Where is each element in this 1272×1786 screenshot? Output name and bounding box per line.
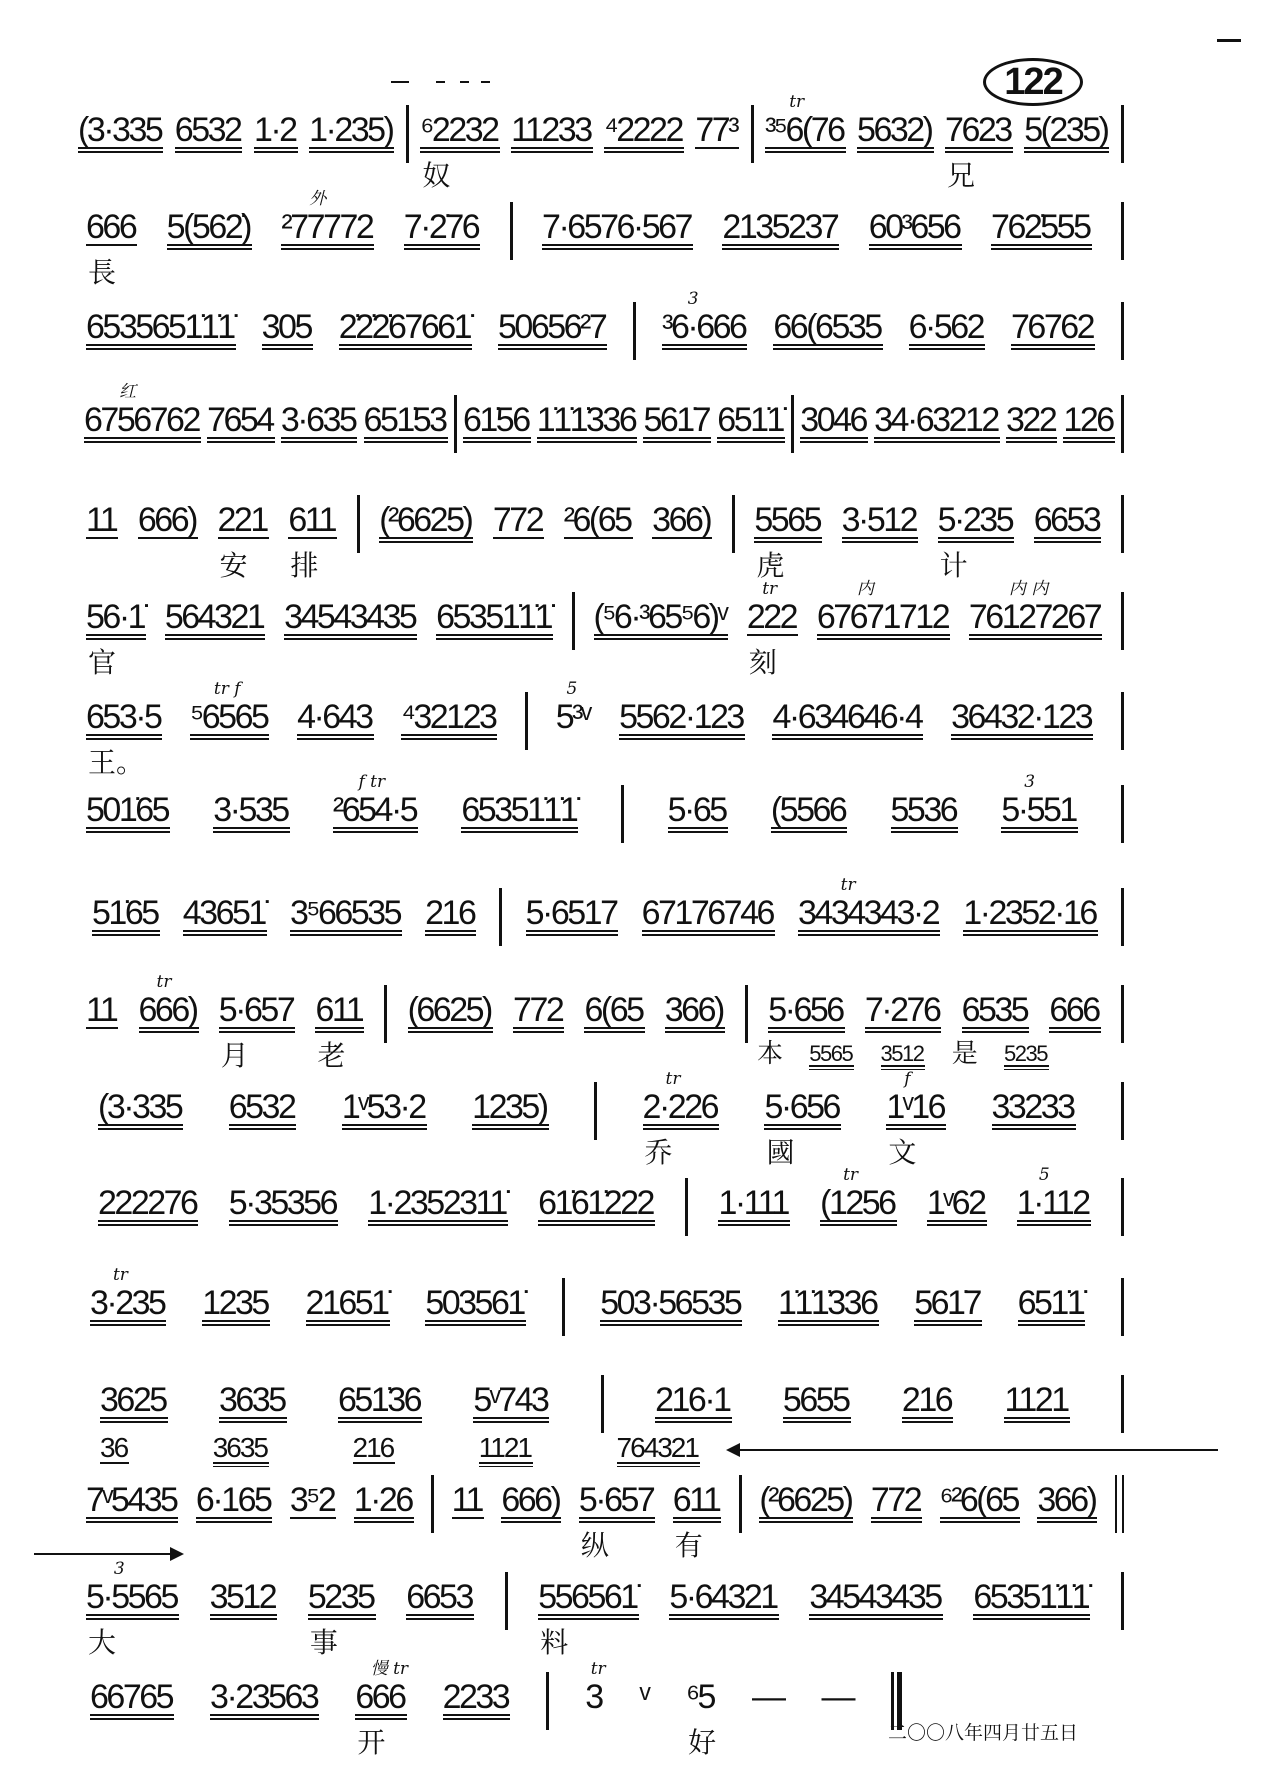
- lyric-char: 计: [940, 551, 968, 581]
- notes-text: 3625: [100, 1383, 168, 1419]
- score-line: 653·5王。⁵6565tr f4·643⁴321235³ᵛ55562·1234…: [86, 692, 1124, 750]
- note-group: 5·35356: [229, 1186, 338, 1222]
- annotation-mark: tr: [762, 580, 777, 598]
- note-group: 7·6576·567: [542, 210, 693, 246]
- barline: [1121, 1178, 1124, 1236]
- notes-text: 666): [138, 503, 198, 539]
- note-group: 305: [262, 310, 313, 346]
- note-group: 666: [1049, 993, 1100, 1029]
- score-line: 36253635651̇365ᵛ743216·156552161121: [100, 1375, 1124, 1433]
- notes-text: 5³ᵛ: [556, 700, 592, 734]
- notes-text: 1·2352311̇: [368, 1186, 508, 1222]
- note-group: 653·5王。: [86, 700, 162, 736]
- notes-text: 5(562̇): [167, 210, 252, 246]
- notes-text: 6532: [229, 1090, 297, 1126]
- notes-text: 11233: [511, 113, 593, 149]
- page-number: 122: [983, 58, 1083, 106]
- notes-text: 1235: [202, 1286, 270, 1322]
- note-group: 3⁵66535: [290, 896, 402, 932]
- note-group: 216·1: [655, 1383, 731, 1419]
- notes-text: 7·6576·567: [542, 210, 693, 246]
- note-group: 5(235): [1024, 113, 1109, 149]
- note-group: 3512: [210, 1580, 278, 1616]
- note-group: 216: [353, 1434, 396, 1464]
- notes-text: (²6625): [759, 1483, 853, 1519]
- note-group: 5655: [783, 1383, 851, 1419]
- note-group: 216: [425, 896, 476, 932]
- notes-text: 11: [86, 993, 118, 1029]
- note-group: 6·562: [909, 310, 985, 346]
- notes-text: 6·562: [909, 310, 985, 346]
- annotation-mark: tr: [843, 1166, 858, 1184]
- notes-text: 5·656: [768, 993, 844, 1029]
- note-group: 3·512: [842, 503, 918, 539]
- note-group: 1·26: [354, 1483, 414, 1519]
- annotation-mark: tr: [591, 1660, 606, 1678]
- annotation-mark: 红: [119, 383, 136, 401]
- note-group: 651̇1̇: [717, 403, 785, 439]
- notes-text: 561̇7: [643, 403, 711, 439]
- barline: [1121, 1082, 1124, 1140]
- note-group: 77³: [695, 113, 739, 149]
- barline: [621, 785, 624, 843]
- note-group: 4·634646·4: [772, 700, 923, 736]
- barline: [1121, 1278, 1124, 1336]
- note-group: 126: [1063, 403, 1114, 439]
- score-line: 5·55653大35125235事6653556561̇料5·643213454…: [86, 1572, 1124, 1630]
- note-group: 61̇61̇222: [538, 1186, 655, 1222]
- notes-text: 33233: [992, 1090, 1076, 1126]
- note-group: 3·235tr: [90, 1286, 166, 1322]
- notes-text: ⁶²6(65: [940, 1483, 1020, 1519]
- note-group: 76127267内 内: [969, 600, 1102, 636]
- barline: [546, 1672, 549, 1730]
- note-group: 772: [513, 993, 564, 1029]
- lyric-char: 本: [757, 1039, 783, 1069]
- notes-text: 1121: [1004, 1383, 1069, 1419]
- score-line: 11666)221安611排(²6625)772²6(65366)5565虎3·…: [86, 495, 1124, 553]
- lyric-char: 長: [88, 258, 116, 288]
- note-group: 5·657月: [219, 993, 295, 1029]
- barline: [510, 202, 513, 260]
- note-group: 34543435: [809, 1580, 942, 1616]
- note-group: 5·5513: [1001, 793, 1077, 829]
- note-group: 3·635: [281, 403, 357, 439]
- note-group: 3·23563: [210, 1680, 319, 1716]
- note-group: 1235): [472, 1090, 548, 1126]
- notes-text: 1·2: [254, 113, 298, 149]
- annotation-mark: 内: [857, 580, 874, 598]
- note-group: 3625: [100, 1383, 168, 1419]
- note-group: 1̇1̇1̇336: [537, 403, 637, 439]
- score-line: 6756762红76543·635651̇5361̇561̇1̇1̇336561…: [84, 395, 1124, 453]
- notes-text: 7654: [207, 403, 275, 439]
- note-group: 5632): [857, 113, 933, 149]
- notes-text: 651̇53: [364, 403, 448, 439]
- annotation-mark: tr: [157, 973, 172, 991]
- annotation-mark: f tr: [358, 773, 385, 791]
- note-group: (3·335: [78, 113, 163, 149]
- notes-text: 501̇65: [86, 793, 170, 829]
- notes-text: 3046: [800, 403, 868, 439]
- notes-text: ²6(65: [564, 503, 633, 539]
- notes-text: 3⁵2: [290, 1483, 336, 1519]
- note-group: —: [821, 1680, 855, 1714]
- note-group: 6532: [175, 113, 243, 149]
- note-group: 6·165: [196, 1483, 272, 1519]
- note-group: 6756762红: [84, 403, 201, 439]
- score-page: 122 (3·33565321·21·235)⁶2232奴11233⁴22227…: [0, 0, 1272, 1786]
- lyric-char: 乔: [645, 1138, 673, 1168]
- lyric-char: 文: [888, 1138, 916, 1168]
- note-group: 651̇1̇: [1018, 1286, 1086, 1322]
- notes-text: 1·26: [354, 1483, 414, 1519]
- notes-text: 1·2352·16: [963, 896, 1098, 932]
- note-group: 611老: [315, 993, 364, 1029]
- note-group: 7·2̇76: [404, 210, 480, 246]
- notes-text: 3·535: [213, 793, 289, 829]
- barline: [525, 692, 528, 750]
- note-group: 501̇65: [86, 793, 170, 829]
- notes-text: 366): [665, 993, 725, 1029]
- notes-text: 5565: [754, 503, 822, 539]
- notes-text: 6535651̇1̇1̇: [86, 310, 236, 346]
- note-group: 65351̇1̇1̇: [973, 1580, 1090, 1616]
- note-group: 222tr刻: [747, 600, 798, 636]
- barline: [1121, 1375, 1124, 1433]
- note-group: 1·235): [309, 113, 394, 149]
- notes-text: 34543435: [284, 600, 417, 636]
- notes-text: ⁵6565: [190, 700, 269, 736]
- notes-text: 5·235: [938, 503, 1014, 539]
- notes-text: 611: [673, 1483, 722, 1519]
- note-group: 5ᵛ743: [473, 1383, 549, 1419]
- note-group: 1ᵛ53·2: [342, 1090, 427, 1126]
- notes-text: ³⁵6(76: [765, 113, 845, 149]
- score-line: 3·235tr123521651̇503561̇503·565351̇1̇1̇3…: [90, 1278, 1124, 1336]
- note-group: ³6·6663: [662, 310, 747, 346]
- dash-mark: [391, 81, 409, 83]
- notes-text: 61̇56: [463, 403, 531, 439]
- barline: [431, 1475, 434, 1533]
- notes-text: 564321: [165, 600, 265, 636]
- notes-text: 11: [86, 503, 118, 539]
- note-group: 61̇56: [463, 403, 531, 439]
- note-group: 11: [86, 503, 118, 539]
- note-group: 6653: [406, 1580, 474, 1616]
- notes-text: 6535: [962, 993, 1030, 1029]
- notes-text: ⁶2232: [420, 113, 499, 149]
- barline: [685, 1178, 688, 1236]
- note-group: 6532: [229, 1090, 297, 1126]
- notes-text: 5235: [308, 1580, 376, 1616]
- barline: [594, 1082, 597, 1140]
- notes-text: 322: [1006, 403, 1057, 439]
- note-group: 6(65: [584, 993, 644, 1029]
- notes-text: 76127267: [969, 600, 1102, 636]
- barline: [1121, 302, 1124, 360]
- barline: [791, 395, 794, 453]
- lyric-char: 國: [766, 1138, 794, 1168]
- notes-text: ²654·5: [333, 793, 418, 829]
- note-group: ³⁵6(76tr: [765, 113, 845, 149]
- note-group: 5·656國: [764, 1090, 840, 1126]
- note-group: 3434343·2tr: [798, 896, 940, 932]
- note-group: (6625): [408, 993, 493, 1029]
- notes-text: 305: [262, 310, 313, 346]
- lyric-char: 料: [540, 1628, 568, 1658]
- notes-text: 65351̇1̇1̇: [436, 600, 553, 636]
- note-group: 6535: [962, 993, 1030, 1029]
- score-line: 6535651̇1̇1̇3052̇2̇2̇67661̇50656²7³6·666…: [86, 302, 1124, 360]
- notes-text: 5·5565: [86, 1580, 179, 1616]
- note-group: 5³ᵛ5: [556, 700, 592, 734]
- note-group: 5·235计: [938, 503, 1014, 539]
- notes-text: 216: [902, 1383, 953, 1419]
- notes-text: 61̇61̇222: [538, 1186, 655, 1222]
- note-group: 5·6517: [526, 896, 619, 932]
- annotation-mark: tr: [113, 1266, 128, 1284]
- notes-text: 1ᵛ62: [927, 1186, 987, 1222]
- notes-text: (3·335: [98, 1090, 183, 1126]
- notes-text: 43651̇: [183, 896, 267, 932]
- notes-text: 5·6517: [526, 896, 619, 932]
- lyric-char: 开: [357, 1728, 385, 1758]
- note-group: 60³656: [869, 210, 962, 246]
- notes-text: 66765: [90, 1680, 174, 1716]
- notes-text: ⁴2222: [604, 113, 684, 149]
- notes-text: (⁵6·³65⁵6)ᵛ: [594, 600, 729, 636]
- lyric-char: 老: [317, 1041, 345, 1071]
- notes-text: 2233: [443, 1680, 511, 1716]
- note-group: 666)tr: [139, 993, 199, 1029]
- notes-text: (3·335: [78, 113, 163, 149]
- note-group: 3635: [219, 1383, 287, 1419]
- notes-text: 4·643: [297, 700, 373, 736]
- note-group: 666): [501, 1483, 561, 1519]
- date-signature: 二〇〇八年四月廿五日: [888, 1722, 1078, 1744]
- score-line: 501̇653·535²654·5f tr65351̇1̇1̇5·65(5566…: [86, 785, 1124, 843]
- notes-text: 3434343·2: [798, 896, 940, 932]
- note-group: 366): [665, 993, 725, 1029]
- note-group: 6535651̇1̇1̇: [86, 310, 236, 346]
- note-group: 36432·123: [951, 700, 1093, 736]
- notes-text: 651̇1̇: [717, 403, 785, 439]
- annotation-mark: tr f: [214, 680, 241, 698]
- notes-text: 2135237: [722, 210, 839, 246]
- note-group: 503·56535: [600, 1286, 742, 1322]
- notes-text: 3512: [881, 1043, 926, 1067]
- note-group: ²77772外: [281, 210, 374, 246]
- note-group: (²6625): [379, 503, 473, 539]
- note-group: 3046: [800, 403, 868, 439]
- annotation-mark: tr: [789, 93, 804, 111]
- notes-text: 5235: [1004, 1043, 1049, 1067]
- notes-text: 1̇1̇1̇336: [537, 403, 637, 439]
- note-group: 611有: [673, 1483, 722, 1519]
- notes-text: 5·551: [1001, 793, 1077, 829]
- notes-text: ³6·666: [662, 310, 747, 346]
- notes-text: 34·63212: [874, 403, 1000, 439]
- note-group: 7·276: [865, 993, 941, 1029]
- note-group: —: [752, 1680, 786, 1714]
- score-line: 666長5(562̇)²77772外7·2̇767·6576·567213523…: [86, 202, 1124, 260]
- notes-text: 5565: [809, 1043, 854, 1067]
- note-group: 1·111: [718, 1186, 789, 1222]
- note-group: 66(6535: [773, 310, 882, 346]
- notes-text: —: [821, 1680, 855, 1714]
- note-group: 611排: [288, 503, 337, 539]
- notes-text: 21651̇: [306, 1286, 390, 1322]
- notes-text: ⁶5: [686, 1680, 716, 1714]
- note-group: 503561̇: [425, 1286, 525, 1322]
- note-group: 221安: [218, 503, 269, 539]
- note-group: (1256tr: [820, 1186, 896, 1222]
- notes-text: 653·5: [86, 700, 162, 736]
- barline: [505, 1572, 508, 1630]
- annotation-mark: 外: [309, 190, 326, 208]
- note-group: 51̇65: [92, 896, 160, 932]
- note-group: 34·63212: [874, 403, 1000, 439]
- note-group: 666慢 tr开: [355, 1680, 406, 1716]
- alternate-line: 3636352161121764321: [100, 1434, 700, 1470]
- note-group: 5235事: [308, 1580, 376, 1616]
- notes-text: 50656²7: [498, 310, 607, 346]
- arrow-right-icon: [34, 1553, 182, 1555]
- note-group: 666長: [86, 210, 137, 246]
- notes-text: 5·657: [219, 993, 295, 1029]
- lyric-char: 安: [220, 551, 248, 581]
- barline: [739, 1475, 742, 1533]
- note-group: 1·2: [254, 113, 298, 149]
- notes-text: 3·512: [842, 503, 918, 539]
- notes-text: 7ᵛ5435: [86, 1483, 178, 1519]
- dash-mark: [481, 81, 490, 83]
- barline: [1121, 202, 1124, 260]
- barline: [732, 495, 735, 553]
- note-group: ⁶5好: [686, 1680, 716, 1714]
- note-group: 34543435: [284, 600, 417, 636]
- notes-text: 5·657: [579, 1483, 655, 1519]
- note-group: 1·2352·16: [963, 896, 1098, 932]
- notes-text: 1235): [472, 1090, 548, 1126]
- note-group: 7ᵛ5435: [86, 1483, 178, 1519]
- note-group: 21651̇: [306, 1286, 390, 1322]
- notes-text: 11: [452, 1483, 484, 1519]
- annotation-mark: 慢 tr: [371, 1660, 408, 1678]
- notes-text: 5·64321: [669, 1580, 778, 1616]
- double-barline: [1115, 1475, 1124, 1533]
- note-group: 1121: [1004, 1383, 1069, 1419]
- arrow-left-icon: [728, 1449, 1218, 1451]
- notes-text: 666: [355, 1680, 406, 1716]
- notes-text: 2̇2̇2̇67661̇: [339, 310, 472, 346]
- notes-text: 611: [288, 503, 337, 539]
- note-group: 556561̇料: [538, 1580, 638, 1616]
- lyric-char: 刻: [749, 648, 777, 678]
- annotation-mark: 5: [566, 680, 577, 698]
- annotation-mark: tr: [665, 1070, 680, 1088]
- note-group: 65351̇1̇1̇: [461, 793, 578, 829]
- notes-text: 34543435: [809, 1580, 942, 1616]
- note-group: 76762: [1011, 310, 1095, 346]
- notes-text: 216: [353, 1434, 396, 1464]
- barline: [1121, 985, 1124, 1043]
- lyric-char: 奴: [422, 161, 450, 191]
- note-group: 5565: [809, 1043, 854, 1067]
- barline: [751, 105, 754, 163]
- notes-text: 6756762: [84, 403, 201, 439]
- note-group: 5562·123: [619, 700, 745, 736]
- notes-text: 1ᵛ16: [886, 1090, 946, 1126]
- notes-text: 4·634646·4: [772, 700, 923, 736]
- notes-text: 611: [315, 993, 364, 1029]
- annotation-mark: 3: [1024, 773, 1035, 791]
- barline: [1121, 888, 1124, 946]
- note-group: 67176746: [642, 896, 775, 932]
- notes-text: 651̇1̇: [1018, 1286, 1086, 1322]
- barline: [1121, 105, 1124, 163]
- notes-text: 3: [585, 1680, 603, 1714]
- lyric-char: 纵: [581, 1531, 609, 1561]
- note-group: 3tr: [585, 1680, 603, 1714]
- notes-text: 56·1̇: [86, 600, 146, 636]
- notes-text: 5·65: [668, 793, 728, 829]
- note-group: 561̇7: [914, 1286, 982, 1322]
- lyric-char: 大: [88, 1628, 116, 1658]
- notes-text: 666: [1049, 993, 1100, 1029]
- note-group: 5·65: [668, 793, 728, 829]
- notes-text: 7·276: [865, 993, 941, 1029]
- note-group: 56·1̇官: [86, 600, 146, 636]
- note-group: 1ᵛ16f文: [886, 1090, 946, 1126]
- notes-text: 6532: [175, 113, 243, 149]
- notes-text: 5·35356: [229, 1186, 338, 1222]
- note-group: 1·2352311̇: [368, 1186, 508, 1222]
- note-group: 1·1125: [1017, 1186, 1091, 1222]
- notes-text: 6653: [1034, 503, 1102, 539]
- note-group: 5(562̇): [167, 210, 252, 246]
- notes-text: 1̇1̇1̇336: [778, 1286, 878, 1322]
- note-group: 322: [1006, 403, 1057, 439]
- notes-text: 1·235): [309, 113, 394, 149]
- notes-text: 5(235): [1024, 113, 1109, 149]
- notes-text: 772: [493, 503, 544, 539]
- lyric-char: 虎: [756, 551, 784, 581]
- score-line: 51̇6543651̇3⁵665352165·65176717674634343…: [92, 888, 1124, 946]
- note-group: 222276: [98, 1186, 198, 1222]
- score-line: (3·33565321ᵛ53·21235)2·226tr乔5·656國1ᵛ16f…: [98, 1082, 1124, 1140]
- notes-text: 5ᵛ743: [473, 1383, 549, 1419]
- note-group: ⁴32123: [401, 700, 497, 736]
- note-group: 3·535: [213, 793, 289, 829]
- notes-text: (5566: [771, 793, 847, 829]
- notes-text: 5562·123: [619, 700, 745, 736]
- corner-dash-mark: [1217, 39, 1241, 42]
- note-group: 66765: [90, 1680, 174, 1716]
- notes-text: 772: [513, 993, 564, 1029]
- notes-text: 222276: [98, 1186, 198, 1222]
- score-line: 56·1̇官5643213454343565351̇1̇1̇(⁵6·³65⁵6)…: [86, 592, 1124, 650]
- note-group: 11: [86, 993, 118, 1029]
- note-group: 764321: [617, 1434, 700, 1464]
- barline: [1121, 1572, 1124, 1630]
- annotation-mark: 3: [688, 290, 699, 308]
- notes-text: (1256: [820, 1186, 896, 1222]
- note-group: 1121: [479, 1434, 533, 1464]
- note-group: ⁵6565tr f: [190, 700, 269, 736]
- notes-text: 216: [425, 896, 476, 932]
